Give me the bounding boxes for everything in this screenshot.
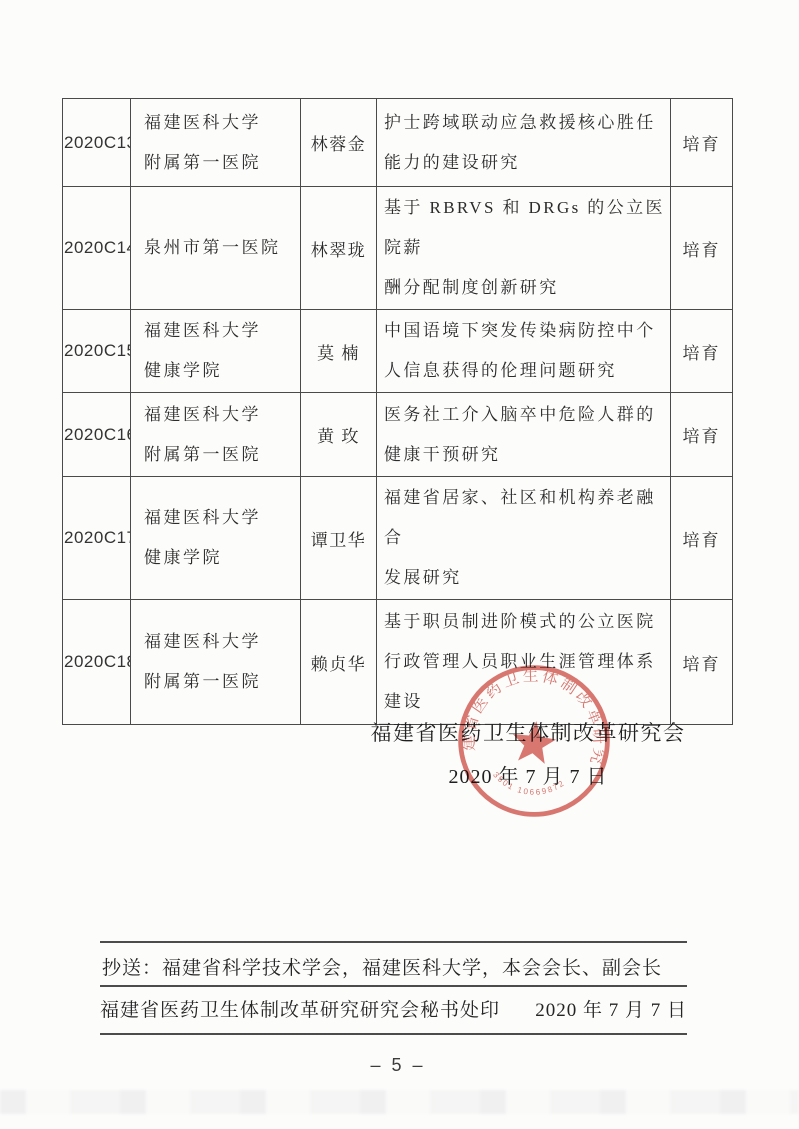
pi-name-cell-line: 赖贞华	[302, 650, 375, 675]
pi-name-cell-line: 林蓉金	[302, 130, 375, 155]
project-title-cell-line: 护士跨域联动应急救援核心胜任	[384, 103, 667, 143]
table-row: 2020C15福建医科大学健康学院莫 楠中国语境下突发传染病防控中个人信息获得的…	[63, 310, 733, 393]
project-title-cell: 基于 RBRVS 和 DRGs 的公立医院薪酬分配制度创新研究	[377, 187, 671, 310]
pi-name-cell: 林蓉金	[301, 99, 377, 187]
signature-block: 福建省医药卫生体制改革研究会 2020 年 7 月 7 日	[328, 718, 728, 791]
project-code-cell-line: 2020C16	[64, 425, 129, 445]
category-cell: 培育	[671, 310, 733, 393]
project-title-cell-line: 福建省居家、社区和机构养老融合	[384, 478, 667, 558]
category-cell: 培育	[671, 600, 733, 725]
institution-cell: 福建医科大学健康学院	[131, 477, 301, 600]
pi-name-cell-line: 黄 玫	[302, 422, 375, 447]
pi-name-cell: 赖贞华	[301, 600, 377, 725]
institution-cell: 福建医科大学附属第一医院	[131, 393, 301, 477]
footer-cc-line: 抄送：福建省科学技术学会，福建医科大学，本会会长、副会长	[102, 953, 687, 980]
institution-cell-line: 健康学院	[144, 538, 299, 578]
category-cell-line: 培育	[672, 526, 731, 551]
institution-cell-line: 附属第一医院	[144, 143, 299, 183]
pi-name-cell-line: 林翠珑	[302, 236, 375, 261]
table-row: 2020C18福建医科大学附属第一医院赖贞华基于职员制进阶模式的公立医院行政管理…	[63, 600, 733, 725]
pi-name-cell-line: 谭卫华	[302, 526, 375, 551]
projects-table: 2020C13福建医科大学附属第一医院林蓉金护士跨域联动应急救援核心胜任能力的建…	[62, 98, 733, 725]
category-cell-line: 培育	[672, 650, 731, 675]
institution-cell-line: 福建医科大学	[144, 103, 299, 143]
institution-cell-line: 健康学院	[144, 351, 299, 391]
institution-cell-line: 附属第一医院	[144, 435, 299, 475]
institution-cell: 福建医科大学健康学院	[131, 310, 301, 393]
scan-artifact-band	[0, 1090, 799, 1114]
footer-rule-top	[100, 941, 687, 943]
project-code-cell-line: 2020C13	[64, 133, 129, 153]
category-cell: 培育	[671, 477, 733, 600]
project-code-cell: 2020C13	[63, 99, 131, 187]
project-code-cell: 2020C16	[63, 393, 131, 477]
pi-name-cell: 莫 楠	[301, 310, 377, 393]
category-cell: 培育	[671, 393, 733, 477]
projects-table-body: 2020C13福建医科大学附属第一医院林蓉金护士跨域联动应急救援核心胜任能力的建…	[63, 99, 733, 725]
institution-cell: 福建医科大学附属第一医院	[131, 99, 301, 187]
footer-issue-date: 2020 年 7 月 7 日	[535, 995, 687, 1022]
institution-cell: 泉州市第一医院	[131, 187, 301, 310]
table-row: 2020C17福建医科大学健康学院谭卫华福建省居家、社区和机构养老融合发展研究培…	[63, 477, 733, 600]
pi-name-cell: 黄 玫	[301, 393, 377, 477]
project-title-cell: 中国语境下突发传染病防控中个人信息获得的伦理问题研究	[377, 310, 671, 393]
signature-date: 2020 年 7 月 7 日	[328, 763, 728, 791]
project-title-cell-line: 基于 RBRVS 和 DRGs 的公立医院薪	[384, 188, 667, 268]
project-code-cell-line: 2020C18	[64, 652, 129, 672]
project-title-cell-line: 能力的建设研究	[384, 143, 667, 183]
project-title-cell-line: 人信息获得的伦理问题研究	[384, 351, 667, 391]
project-title-cell-line: 建设	[384, 682, 667, 722]
pi-name-cell: 林翠珑	[301, 187, 377, 310]
institution-cell-line: 福建医科大学	[144, 311, 299, 351]
project-code-cell: 2020C17	[63, 477, 131, 600]
category-cell: 培育	[671, 187, 733, 310]
project-title-cell-line: 酬分配制度创新研究	[384, 268, 667, 308]
project-title-cell-line: 中国语境下突发传染病防控中个	[384, 311, 667, 351]
project-title-cell: 福建省居家、社区和机构养老融合发展研究	[377, 477, 671, 600]
project-title-cell-line: 医务社工介入脑卒中危险人群的	[384, 395, 667, 435]
category-cell-line: 培育	[672, 339, 731, 364]
footer-rule-middle	[100, 985, 687, 987]
footer-issue-line: 福建省医药卫生体制改革研究研究会秘书处印 2020 年 7 月 7 日	[100, 995, 687, 1022]
institution-cell-line: 福建医科大学	[144, 622, 299, 662]
pi-name-cell-line: 莫 楠	[302, 339, 375, 364]
pi-name-cell: 谭卫华	[301, 477, 377, 600]
category-cell-line: 培育	[672, 130, 731, 155]
project-title-cell-line: 健康干预研究	[384, 435, 667, 475]
project-code-cell: 2020C15	[63, 310, 131, 393]
category-cell-line: 培育	[672, 422, 731, 447]
category-cell-line: 培育	[672, 236, 731, 261]
table-row: 2020C13福建医科大学附属第一医院林蓉金护士跨域联动应急救援核心胜任能力的建…	[63, 99, 733, 187]
footer-rule-bottom	[100, 1033, 687, 1035]
project-title-cell-line: 发展研究	[384, 558, 667, 598]
page-number: – 5 –	[343, 1055, 453, 1076]
table-row: 2020C14泉州市第一医院林翠珑基于 RBRVS 和 DRGs 的公立医院薪酬…	[63, 187, 733, 310]
institution-cell-line: 福建医科大学	[144, 395, 299, 435]
table-row: 2020C16福建医科大学附属第一医院黄 玫医务社工介入脑卒中危险人群的健康干预…	[63, 393, 733, 477]
institution-cell-line: 附属第一医院	[144, 662, 299, 702]
project-code-cell-line: 2020C17	[64, 528, 129, 548]
project-code-cell: 2020C14	[63, 187, 131, 310]
institution-cell-line: 泉州市第一医院	[144, 228, 299, 268]
footer-issuer: 福建省医药卫生体制改革研究研究会秘书处印	[100, 995, 500, 1022]
scanned-document-page: 2020C13福建医科大学附属第一医院林蓉金护士跨域联动应急救援核心胜任能力的建…	[0, 0, 799, 1129]
project-title-cell: 医务社工介入脑卒中危险人群的健康干预研究	[377, 393, 671, 477]
institution-cell: 福建医科大学附属第一医院	[131, 600, 301, 725]
signature-organization: 福建省医药卫生体制改革研究会	[328, 718, 728, 748]
project-code-cell-line: 2020C15	[64, 341, 129, 361]
category-cell: 培育	[671, 99, 733, 187]
project-title-cell: 基于职员制进阶模式的公立医院行政管理人员职业生涯管理体系建设	[377, 600, 671, 725]
project-title-cell-line: 基于职员制进阶模式的公立医院	[384, 602, 667, 642]
project-title-cell-line: 行政管理人员职业生涯管理体系	[384, 642, 667, 682]
project-code-cell-line: 2020C14	[64, 238, 129, 258]
project-title-cell: 护士跨域联动应急救援核心胜任能力的建设研究	[377, 99, 671, 187]
project-code-cell: 2020C18	[63, 600, 131, 725]
institution-cell-line: 福建医科大学	[144, 498, 299, 538]
